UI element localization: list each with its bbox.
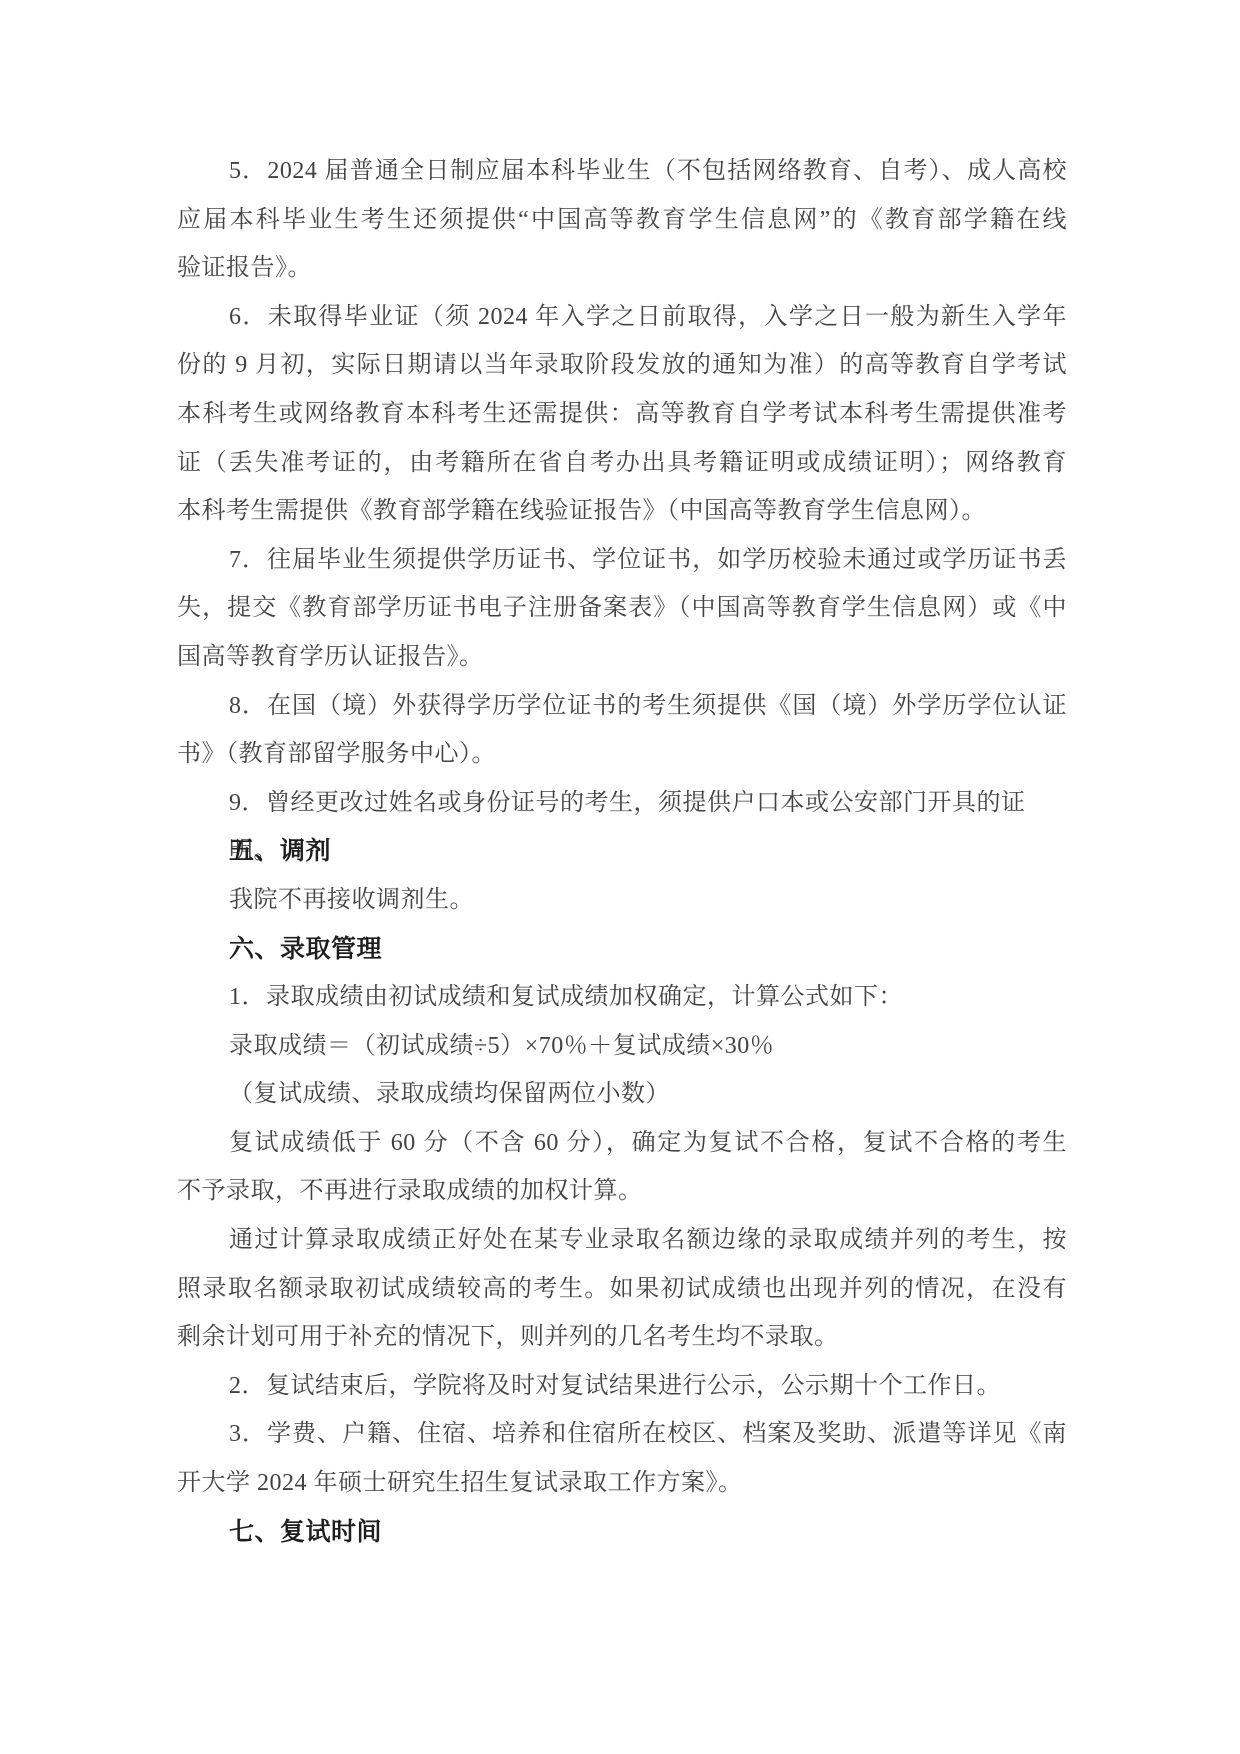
document-line: 应届本科毕业生考生还须提供“中国高等教育学生信息网”的《教育部学籍在线 — [177, 196, 1067, 245]
document-line: 份的 9 月初，实际日期请以当年录取阶段发放的通知为准）的高等教育自学考试 — [177, 341, 1067, 390]
document-line: 书》（教育部留学服务中心）。 — [177, 730, 1067, 779]
document-line: 本科考生或网络教育本科考生还需提供：高等教育自学考试本科考生需提供准考 — [177, 390, 1067, 439]
document-line: 5．2024 届普通全日制应届本科毕业生（不包括网络教育、自考）、成人高校 — [177, 147, 1067, 196]
document-line: 6．未取得毕业证（须 2024 年入学之日前取得，入学之日一般为新生入学年 — [177, 293, 1067, 342]
document-line: 剩余计划可用于补充的情况下，则并列的几名考生均不录取。 — [177, 1313, 1067, 1362]
document-line: 9．曾经更改过姓名或身份证号的考生，须提供户口本或公安部门开具的证明。 — [177, 779, 1067, 828]
document-line: 2．复试结束后，学院将及时对复试结果进行公示，公示期十个工作日。 — [177, 1362, 1067, 1411]
document-line: 录取成绩＝（初试成绩÷5）×70％＋复试成绩×30％ — [177, 1022, 1067, 1071]
document-line: 证（丢失准考证的，由考籍所在省自考办出具考籍证明或成绩证明）；网络教育 — [177, 439, 1067, 488]
document-page: 5．2024 届普通全日制应届本科毕业生（不包括网络教育、自考）、成人高校应届本… — [0, 0, 1240, 1754]
document-line: 7．往届毕业生须提供学历证书、学位证书，如学历校验未通过或学历证书丢 — [177, 536, 1067, 585]
document-line: 通过计算录取成绩正好处在某专业录取名额边缘的录取成绩并列的考生，按 — [177, 1216, 1067, 1265]
section-heading: 六、录取管理 — [177, 925, 1067, 974]
document-line: 开大学 2024 年硕士研究生招生复试录取工作方案》。 — [177, 1459, 1067, 1508]
document-line: 验证报告》。 — [177, 244, 1067, 293]
document-line: 国高等教育学历认证报告》。 — [177, 633, 1067, 682]
document-line: 复试成绩低于 60 分（不含 60 分），确定为复试不合格，复试不合格的考生 — [177, 1119, 1067, 1168]
document-line: 1．录取成绩由初试成绩和复试成绩加权确定，计算公式如下： — [177, 973, 1067, 1022]
document-line: 8．在国（境）外获得学历学位证书的考生须提供《国（境）外学历学位认证 — [177, 682, 1067, 731]
document-line: （复试成绩、录取成绩均保留两位小数） — [177, 1070, 1067, 1119]
document-line: 我院不再接收调剂生。 — [177, 876, 1067, 925]
section-heading: 七、复试时间 — [177, 1508, 1067, 1557]
document-line: 3．学费、户籍、住宿、培养和住宿所在校区、档案及奖助、派遣等详见《南 — [177, 1410, 1067, 1459]
document-line: 本科考生需提供《教育部学籍在线验证报告》（中国高等教育学生信息网）。 — [177, 487, 1067, 536]
document-line: 失，提交《教育部学历证书电子注册备案表》（中国高等教育学生信息网）或《中 — [177, 584, 1067, 633]
document-line: 不予录取，不再进行录取成绩的加权计算。 — [177, 1167, 1067, 1216]
document-body: 5．2024 届普通全日制应届本科毕业生（不包括网络教育、自考）、成人高校应届本… — [177, 147, 1067, 1556]
section-heading: 五、调剂 — [177, 827, 1067, 876]
document-line: 照录取名额录取初试成绩较高的考生。如果初试成绩也出现并列的情况，在没有 — [177, 1265, 1067, 1314]
